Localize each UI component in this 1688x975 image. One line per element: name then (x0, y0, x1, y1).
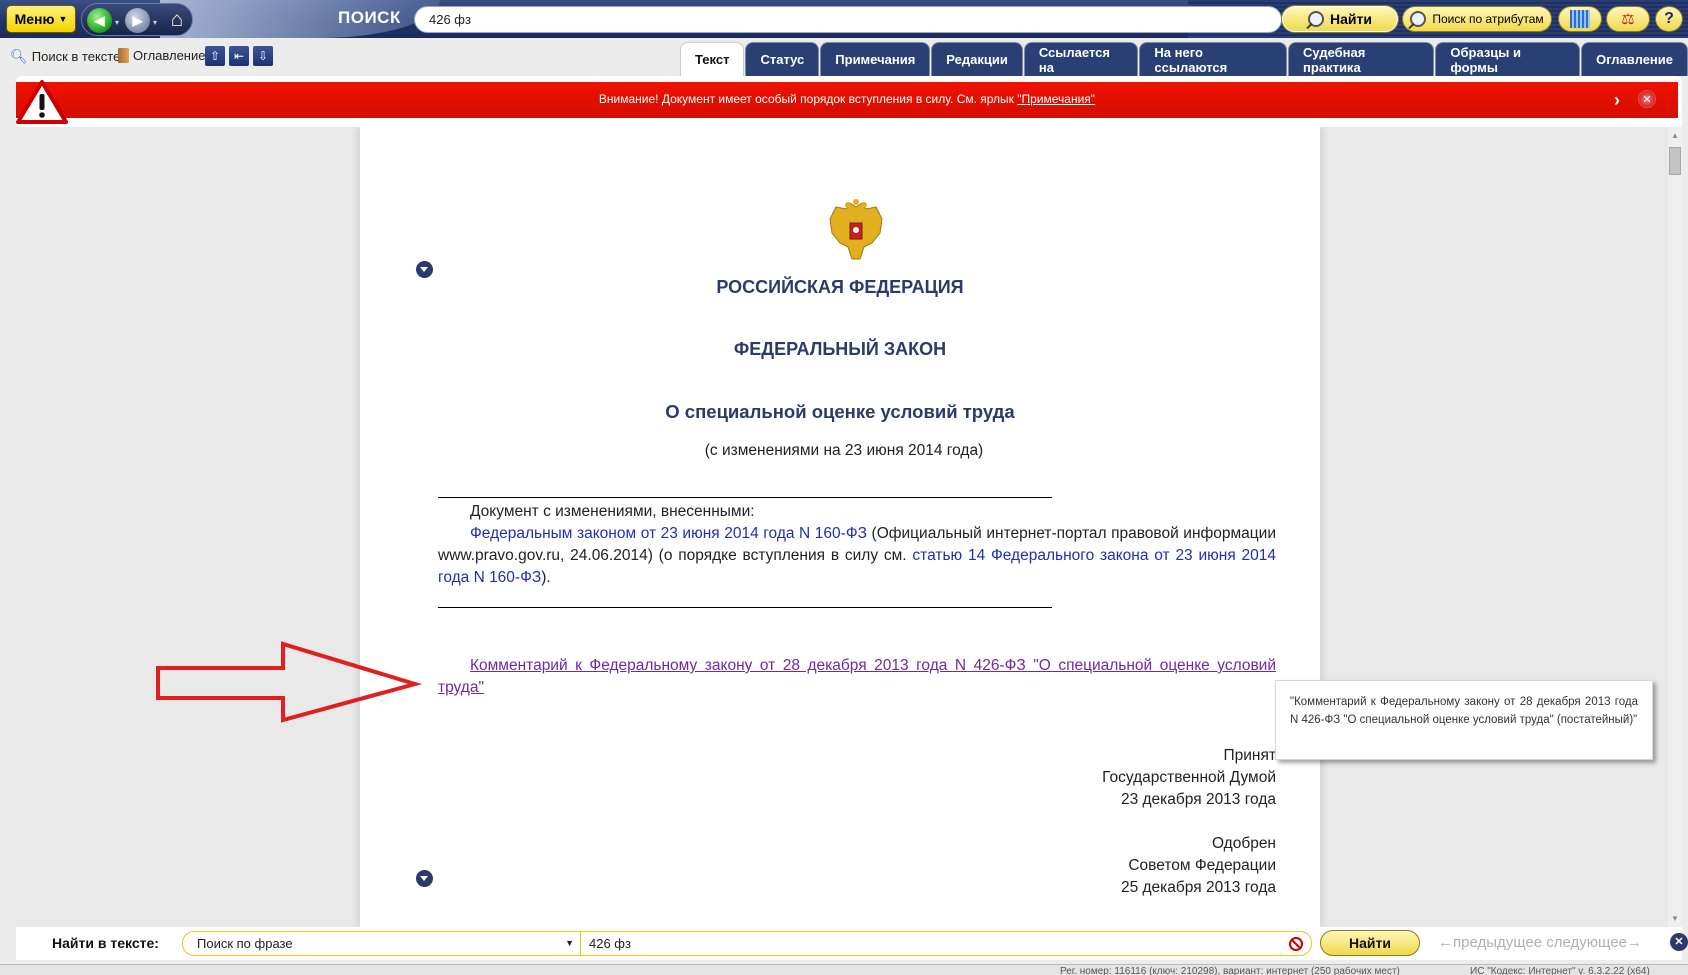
sync-contents-button[interactable]: ⇤ (229, 46, 249, 66)
legal-scales-button[interactable]: ⚖ (1606, 6, 1650, 32)
chevron-right-icon: › (1614, 90, 1620, 110)
back-history-dropdown[interactable]: ▾ (115, 18, 119, 27)
alert-notes-link[interactable]: "Примечания" (1017, 92, 1095, 106)
arrow-right-icon: ▶ (133, 13, 143, 29)
tab-label: Судебная практика (1303, 45, 1419, 75)
tab-label: Примечания (835, 52, 915, 67)
approved-block: Одобрен Советом Федерации 25 декабря 201… (1121, 833, 1276, 899)
magnifier-icon: 🔍︎ (10, 48, 28, 65)
collapse-toggle-2[interactable] (416, 870, 433, 887)
forward-history-dropdown[interactable]: ▾ (153, 18, 157, 27)
alert-text: Внимание! Документ имеет особый порядок … (599, 92, 1017, 106)
tab-7[interactable]: Образцы и формы (1435, 42, 1580, 76)
top-toolbar: Меню ▼ ◀ ▾ ▶ ▾ ⌂ ПОИСК 426 фз Найти Поис… (0, 0, 1688, 38)
find-button[interactable]: Найти (1282, 6, 1398, 32)
adopted-by: Государственной Думой (1102, 767, 1276, 789)
find-text-input[interactable]: 426 фз (580, 931, 1312, 956)
navigation-group: ◀ ▾ ▶ ▾ ⌂ (81, 3, 193, 36)
caret-down-icon: ▼ (565, 932, 574, 955)
document-page: РОССИЙСКАЯ ФЕДЕРАЦИЯ ФЕДЕРАЛЬНЫЙ ЗАКОН О… (360, 127, 1320, 927)
coat-of-arms-icon (826, 199, 886, 265)
tab-label: Статус (760, 52, 804, 67)
help-icon: ? (1664, 10, 1674, 28)
changes-intro: Документ с изменениями, внесенными: (438, 501, 1276, 523)
approved-label: Одобрен (1121, 833, 1276, 855)
tab-label: Редакции (946, 52, 1008, 67)
comment-paragraph: Комментарий к Федеральному закону от 28 … (438, 655, 1276, 699)
help-button[interactable]: ? (1655, 6, 1683, 32)
search-mode-value: Поиск по фразе (197, 936, 293, 951)
amending-law-link[interactable]: Федеральным законом от 23 июня 2014 года… (470, 525, 867, 542)
adopted-label: Принят (1102, 745, 1276, 767)
changes-paragraph: Федеральным законом от 23 июня 2014 года… (438, 523, 1276, 589)
scales-icon: ⚖ (1621, 10, 1634, 28)
adopted-block: Принят Государственной Думой 23 декабря … (1102, 745, 1276, 811)
tab-8[interactable]: Оглавление (1581, 42, 1688, 76)
alert-close-button[interactable]: ✕ (1638, 90, 1656, 108)
tab-0[interactable]: Текст (680, 42, 744, 76)
magnifier-icon (1308, 11, 1324, 27)
scroll-to-top-button[interactable]: ⇧ (205, 46, 225, 66)
magnifier-plus-icon (1410, 11, 1426, 27)
alert-message: Внимание! Документ имеет особый порядок … (16, 92, 1678, 106)
tab-6[interactable]: Судебная практика (1288, 42, 1434, 76)
law-title: О специальной оценке условий труда (360, 401, 1320, 423)
map-search-button[interactable] (1558, 6, 1602, 32)
doc-arrow-left-icon: ⇤ (234, 49, 244, 63)
scroll-to-bottom-button[interactable]: ⇩ (253, 46, 273, 66)
clear-icon[interactable] (1289, 937, 1303, 951)
search-mode-select[interactable]: Поиск по фразе ▼ (182, 931, 580, 956)
tab-label: Текст (695, 52, 729, 67)
divider-bottom (438, 607, 1052, 608)
law-type-heading: ФЕДЕРАЛЬНЫЙ ЗАКОН (360, 339, 1320, 360)
adopted-date: 23 декабря 2013 года (1102, 789, 1276, 811)
main-search-input[interactable]: 426 фз (414, 6, 1282, 33)
link-tooltip: "Комментарий к Федеральному закону от 28… (1275, 680, 1653, 760)
document-tabs: ТекстСтатусПримечанияРедакцииСсылается н… (680, 42, 1688, 76)
tab-label: Ссылается на (1039, 45, 1124, 75)
collapse-toggle[interactable] (416, 261, 433, 278)
menu-label: Меню (15, 11, 55, 27)
scroll-thumb[interactable] (1669, 147, 1681, 175)
tab-label: Образцы и формы (1450, 45, 1565, 75)
warning-icon (16, 80, 68, 124)
commentary-link[interactable]: Комментарий к Федеральному закону от 28 … (438, 657, 1276, 696)
red-arrow-annotation (150, 640, 430, 730)
contents-label: Оглавление (133, 48, 205, 63)
find-label: Найти в тексте: (52, 935, 159, 951)
attribute-search-button[interactable]: Поиск по атрибутам (1402, 6, 1552, 32)
attribute-search-label: Поиск по атрибутам (1432, 12, 1543, 26)
caret-down-icon: ▼ (58, 14, 67, 24)
download-doc-icon: ⇩ (258, 49, 268, 63)
search-title: ПОИСК (338, 8, 401, 28)
version-info: ИС "Кодекс: Интернет" v. 6.3.2.22 (x64) (1470, 966, 1650, 975)
tab-1[interactable]: Статус (745, 42, 819, 76)
approved-by: Советом Федерации (1121, 855, 1276, 877)
tab-2[interactable]: Примечания (820, 42, 930, 76)
registration-info: Рег. номер: 116116 (ключ: 210298), вариа… (1060, 966, 1400, 975)
prev-next-navigation[interactable]: ←предыдущее следующее→ (1438, 934, 1642, 951)
book-icon (118, 48, 129, 63)
vertical-scrollbar[interactable]: ▲ ▼ (1668, 127, 1682, 927)
status-bar: Рег. номер: 116116 (ключ: 210298), вариа… (0, 964, 1688, 975)
tab-label: На него ссылаются (1154, 45, 1272, 75)
tab-label: Оглавление (1596, 52, 1673, 67)
find-text-value: 426 фз (589, 936, 631, 951)
tab-5[interactable]: На него ссылаются (1139, 42, 1287, 76)
changes-text-end: ). (541, 569, 550, 586)
divider-top (438, 497, 1052, 498)
country-heading: РОССИЙСКАЯ ФЕДЕРАЦИЯ (360, 277, 1320, 298)
back-button[interactable]: ◀ (87, 8, 112, 33)
close-find-bar-button[interactable]: ✕ (1670, 933, 1688, 951)
alert-banner: Внимание! Документ имеет особый порядок … (16, 82, 1678, 118)
find-in-text-bar: Найти в тексте: Поиск по фразе ▼ 426 фз … (16, 928, 1682, 960)
close-icon: ✕ (1642, 94, 1651, 106)
revision-note: (с изменениями на 23 июня 2014 года) (360, 442, 1320, 460)
tab-4[interactable]: Ссылается на (1024, 42, 1139, 76)
arrow-left-icon: ◀ (95, 13, 105, 29)
tab-3[interactable]: Редакции (931, 42, 1023, 76)
search-in-text-button[interactable]: 🔍︎ Поиск в тексте (10, 48, 120, 65)
upload-doc-icon: ⇧ (210, 49, 220, 63)
approved-date: 25 декабря 2013 года (1121, 877, 1276, 899)
contents-button[interactable]: Оглавление (118, 48, 205, 63)
scroll-down-arrow-icon[interactable]: ▼ (1671, 914, 1679, 923)
scroll-up-arrow-icon[interactable]: ▲ (1671, 131, 1679, 140)
find-in-text-button[interactable]: Найти (1320, 930, 1420, 956)
menu-button[interactable]: Меню ▼ (6, 5, 76, 33)
find-label: Найти (1330, 11, 1372, 27)
search-in-text-label: Поиск в тексте (32, 49, 121, 64)
close-icon: ✕ (1674, 936, 1683, 948)
grid-magnifier-icon (1570, 10, 1590, 28)
home-icon: ⌂ (171, 8, 184, 31)
document-viewport: РОССИЙСКАЯ ФЕДЕРАЦИЯ ФЕДЕРАЛЬНЫЙ ЗАКОН О… (16, 127, 1668, 927)
alert-next-button[interactable]: › (1614, 90, 1620, 111)
forward-button[interactable]: ▶ (125, 8, 150, 33)
home-button[interactable]: ⌂ (164, 7, 190, 33)
